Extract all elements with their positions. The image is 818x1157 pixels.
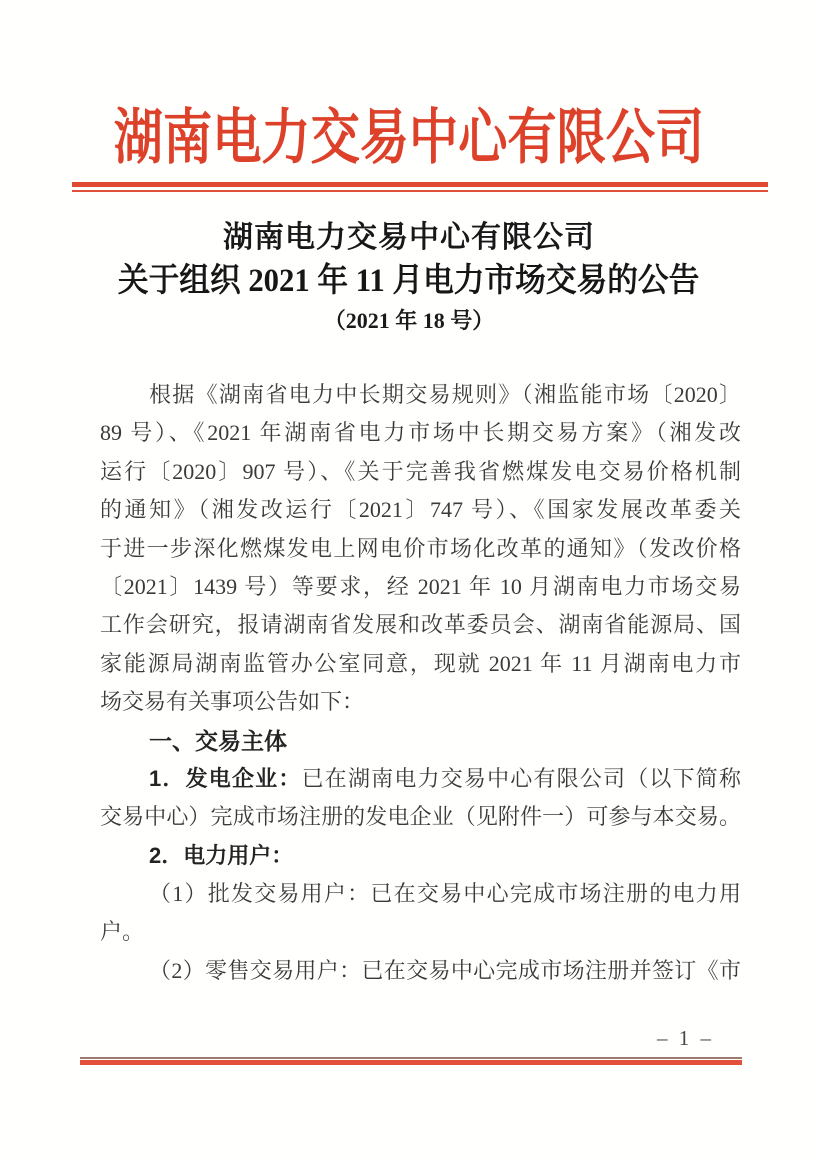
body-line-12: 交易中心）完成市场注册的发电企业（见附件一）可参与本交易。 <box>100 798 741 836</box>
body-text: 根据《湖南省电力中长期交易规则》（湘监能市场〔2020〕 <box>149 382 741 407</box>
body-text: 的通知》（湘发改运行〔2021〕747 号）、《国家发展改革委关 <box>100 497 741 522</box>
body-text: 于进一步深化燃煤发电上网电价市场化改革的通知》（发改价格 <box>100 536 741 561</box>
body-line-7: 工作会研究，报请湖南省发展和改革委员会、湖南省能源局、国 <box>100 606 741 644</box>
body-line-8: 家能源局湖南监管办公室同意，现就 2021 年 11 月湖南电力市 <box>100 645 741 683</box>
document-page: 湖南电力交易中心有限公司 湖南电力交易中心有限公司 关于组织 2021 年 11… <box>0 0 818 1157</box>
body-line-2: 89 号）、《2021 年湖南省电力市场中长期交易方案》（湘发改 <box>100 414 741 452</box>
item-label: 2．电力用户： <box>149 843 293 868</box>
document-body: 根据《湖南省电力中长期交易规则》（湘监能市场〔2020〕 89 号）、《2021… <box>100 376 741 990</box>
body-line-5: 于进一步深化燃煤发电上网电价市场化改革的通知》（发改价格 <box>100 530 741 568</box>
body-text: 89 号）、《2021 年湖南省电力市场中长期交易方案》（湘发改 <box>100 420 741 445</box>
letterhead-rule-thick <box>72 182 768 187</box>
doc-title-subject-text: 关于组织 2021 年 11 月电力市场交易的公告 <box>118 254 699 301</box>
body-text: 交易中心）完成市场注册的发电企业（见附件一）可参与本交易。 <box>100 804 741 829</box>
body-line-6: 〔2021〕1439 号）等要求，经 2021 年 10 月湖南电力市场交易 <box>100 568 741 606</box>
body-line-9: 场交易有关事项公告如下： <box>100 683 741 721</box>
section-heading-text: 一、交易主体 <box>149 728 287 754</box>
body-text: 运行〔2020〕907 号）、《关于完善我省燃煤发电交易价格机制 <box>100 459 741 484</box>
body-text: 场交易有关事项公告如下： <box>100 689 364 714</box>
body-text: 已在湖南电力交易中心有限公司（以下简称 <box>302 766 741 791</box>
footer-rule-thin <box>80 1057 742 1059</box>
body-line-16: （2）零售交易用户：已在交易中心完成市场注册并签订《市 <box>100 952 741 990</box>
body-line-3: 运行〔2020〕907 号）、《关于完善我省燃煤发电交易价格机制 <box>100 453 741 491</box>
doc-title-company: 湖南电力交易中心有限公司 <box>0 212 818 256</box>
body-line-13: 2．电力用户： <box>100 837 741 875</box>
doc-title-subject: 关于组织 2021 年 11 月电力市场交易的公告 <box>0 254 818 301</box>
body-text: 工作会研究，报请湖南省发展和改革委员会、湖南省能源局、国 <box>100 612 741 637</box>
body-text: 户。 <box>100 919 144 944</box>
item-label: 1．发电企业： <box>149 766 302 791</box>
body-line-15: 户。 <box>100 913 741 951</box>
doc-title-number: （2021 年 18 号） <box>0 304 818 335</box>
body-text: 家能源局湖南监管办公室同意，现就 2021 年 11 月湖南电力市 <box>100 651 741 676</box>
body-text: （1）批发交易用户：已在交易中心完成市场注册的电力用 <box>149 881 741 906</box>
body-line-11: 1．发电企业：已在湖南电力交易中心有限公司（以下简称 <box>100 760 741 798</box>
body-line-1: 根据《湖南省电力中长期交易规则》（湘监能市场〔2020〕 <box>100 376 741 414</box>
body-text: （2）零售交易用户：已在交易中心完成市场注册并签订《市 <box>149 958 741 983</box>
body-line-4: 的通知》（湘发改运行〔2021〕747 号）、《国家发展改革委关 <box>100 491 741 529</box>
footer-rule-thick <box>80 1060 742 1065</box>
page-number: – 1 – <box>657 1026 714 1051</box>
body-line-14: （1）批发交易用户：已在交易中心完成市场注册的电力用 <box>100 875 741 913</box>
letterhead-title-text: 湖南电力交易中心有限公司 <box>114 100 704 176</box>
body-text: 〔2021〕1439 号）等要求，经 2021 年 10 月湖南电力市场交易 <box>100 574 741 599</box>
letterhead-rule-thin <box>72 190 768 192</box>
letterhead-title: 湖南电力交易中心有限公司 <box>0 100 818 176</box>
section-heading-1: 一、交易主体 <box>100 722 741 760</box>
